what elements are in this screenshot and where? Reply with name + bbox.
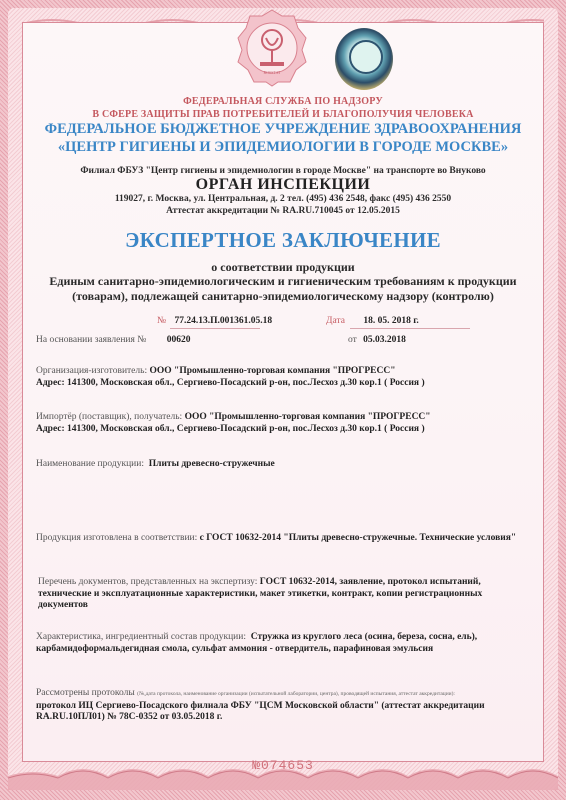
document-subtitle-3: (товарам), подлежащей санитарно-эпидемио… (0, 289, 566, 304)
conclusion-number-row: № 77.24.13.П.001361.05.18 (157, 316, 272, 326)
number-underline (170, 328, 260, 329)
application-row: На основании заявления № 00620 (36, 335, 190, 345)
manufacturer-address: Адрес: 141300, Московская обл., Сергиево… (36, 378, 536, 390)
hologram-emblem (349, 40, 383, 74)
documents-value-3: документов (38, 600, 538, 612)
product-label: Наименование продукции: (36, 459, 144, 469)
institution-line-1: ФЕДЕРАЛЬНОЕ БЮДЖЕТНОЕ УЧРЕЖДЕНИЕ ЗДРАВОО… (0, 121, 566, 138)
protocols-section: Рассмотрены протоколы (№,дата протокола,… (36, 688, 536, 724)
manufacturer-label: Организация-изготовитель: (36, 366, 147, 376)
protocols-label: Рассмотрены протоколы (36, 688, 135, 698)
application-date: 05.03.2018 (363, 335, 406, 345)
application-date-row: от 05.03.2018 (348, 335, 406, 345)
protocols-value-2: RA.RU.10ПЛ01) № 78С-0352 от 03.05.2018 г… (36, 712, 536, 724)
branch-address: 119027, г. Москва, ул. Центральная, д. 2… (0, 194, 566, 204)
application-label: На основании заявления № (36, 335, 146, 345)
protocols-value-1: протокол ИЦ Сергиево-Посадского филиала … (36, 701, 536, 713)
svg-text:ROSSTAT: ROSSTAT (263, 70, 281, 75)
date-underline (350, 328, 470, 329)
number-label: № (157, 316, 166, 326)
document-subtitle-1: о соответствии продукции (0, 260, 566, 275)
document-title: ЭКСПЕРТНОЕ ЗАКЛЮЧЕНИЕ (0, 228, 566, 253)
rospotrebnadzor-emblem: ROSSTAT (236, 8, 308, 88)
composition-value-1: Стружка из круглого леса (осина, береза,… (251, 632, 477, 642)
standard-label: Продукция изготовлена в соответствии: (36, 533, 197, 543)
composition-section: Характеристика, ингредиентный состав про… (36, 632, 536, 655)
agency-line-2: В СФЕРЕ ЗАЩИТЫ ПРАВ ПОТРЕБИТЕЛЕЙ И БЛАГО… (0, 109, 566, 120)
importer-section: Импортёр (поставщик), получатель: ООО "П… (36, 412, 536, 435)
hologram-seal-icon (335, 28, 393, 90)
importer-label: Импортёр (поставщик), получатель: (36, 412, 182, 422)
manufacturer-name: ООО "Промышленно-торговая компания "ПРОГ… (150, 366, 396, 376)
conclusion-number: 77.24.13.П.001361.05.18 (174, 316, 272, 326)
manufacturer-section: Организация-изготовитель: ООО "Промышлен… (36, 366, 536, 389)
protocols-hint: (№,дата протокола, наименование организа… (137, 691, 455, 697)
documents-section: Перечень документов, представленных на э… (38, 577, 538, 612)
institution-line-2: «ЦЕНТР ГИГИЕНЫ И ЭПИДЕМИОЛОГИИ В ГОРОДЕ … (0, 139, 566, 156)
accreditation-line: Аттестат аккредитации № RA.RU.710045 от … (0, 206, 566, 216)
standard-value: с ГОСТ 10632-2014 "Плиты древесно-струже… (200, 533, 516, 543)
agency-line-1: ФЕДЕРАЛЬНАЯ СЛУЖБА ПО НАДЗОРУ (0, 96, 566, 107)
product-section: Наименование продукции: Плиты древесно-с… (36, 459, 536, 471)
documents-label: Перечень документов, представленных на э… (38, 577, 257, 587)
application-date-label: от (348, 335, 357, 345)
documents-value-1: ГОСТ 10632-2014, заявление, протокол исп… (260, 577, 481, 587)
conclusion-date-row: Дата 18. 05. 2018 г. (326, 316, 419, 326)
branch-name: Филиал ФБУЗ "Центр гигиены и эпидемиолог… (0, 166, 566, 176)
certificate-serial-number: №074653 (0, 758, 566, 773)
composition-label: Характеристика, ингредиентный состав про… (36, 632, 246, 642)
importer-address: Адрес: 141300, Московская обл., Сергиево… (36, 424, 536, 436)
standard-section: Продукция изготовлена в соответствии: с … (36, 533, 536, 545)
application-number: 00620 (167, 335, 191, 345)
date-label: Дата (326, 316, 345, 326)
importer-name: ООО "Промышленно-торговая компания "ПРОГ… (185, 412, 431, 422)
conclusion-date: 18. 05. 2018 г. (363, 316, 419, 326)
document-subtitle-2: Единым санитарно-эпидемиологическим и ги… (0, 274, 566, 289)
product-name: Плиты древесно-стружечные (149, 459, 275, 469)
inspection-body-title: ОРГАН ИНСПЕКЦИИ (0, 176, 566, 194)
documents-value-2: технические и эксплуатационные характери… (38, 589, 538, 601)
composition-value-2: карбамидоформальдегидная смола, сульфат … (36, 644, 536, 656)
